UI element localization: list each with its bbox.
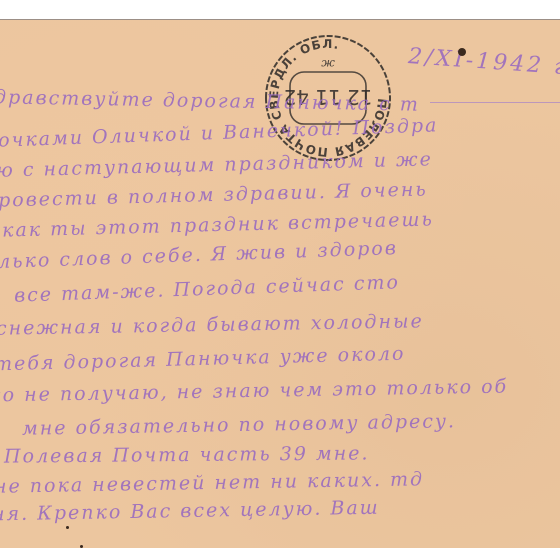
letter-line-13: не пока невестей нет ни каких. тд (0, 468, 424, 498)
letter-line-11: мне обязательно по новому адресу. (22, 410, 456, 440)
letter-line-10: со не получаю, не знаю чем это только об (0, 375, 508, 406)
letter-line-7: все там-же. Погода сейчас сто (14, 271, 400, 306)
postcard-paper: ПОЛЕВАЯ ПОЧТА СВЕРДЛ. ОБЛ. 12 11 42 ж 2/… (0, 19, 560, 548)
letter-line-8: снежная и когда бывают холодные (0, 310, 424, 339)
letter-line-14: ня. Крепко Вас всех целую. Ваш (0, 497, 380, 526)
paper-speck (80, 545, 83, 548)
letter-date: 2/XI-1942 г. (407, 44, 560, 81)
letter-line-6: лько слов о себе. Я жив и здоров (0, 237, 398, 273)
letter-line-9: тебя дорогая Панючка уже около (0, 343, 406, 376)
letter-line-5: как ты этот праздник встречаешь (2, 208, 434, 241)
date-underline (430, 102, 560, 103)
letter-line-3: ю с наступающим праздником и же (0, 148, 433, 181)
ink-spot (458, 48, 466, 56)
letter-line-4: ровести в полном здравии. Я очень (0, 178, 428, 211)
svg-text:ж: ж (321, 57, 335, 71)
letter-line-12: Полевая Почта часть 39 мне. (4, 442, 370, 467)
paper-speck (66, 526, 69, 529)
